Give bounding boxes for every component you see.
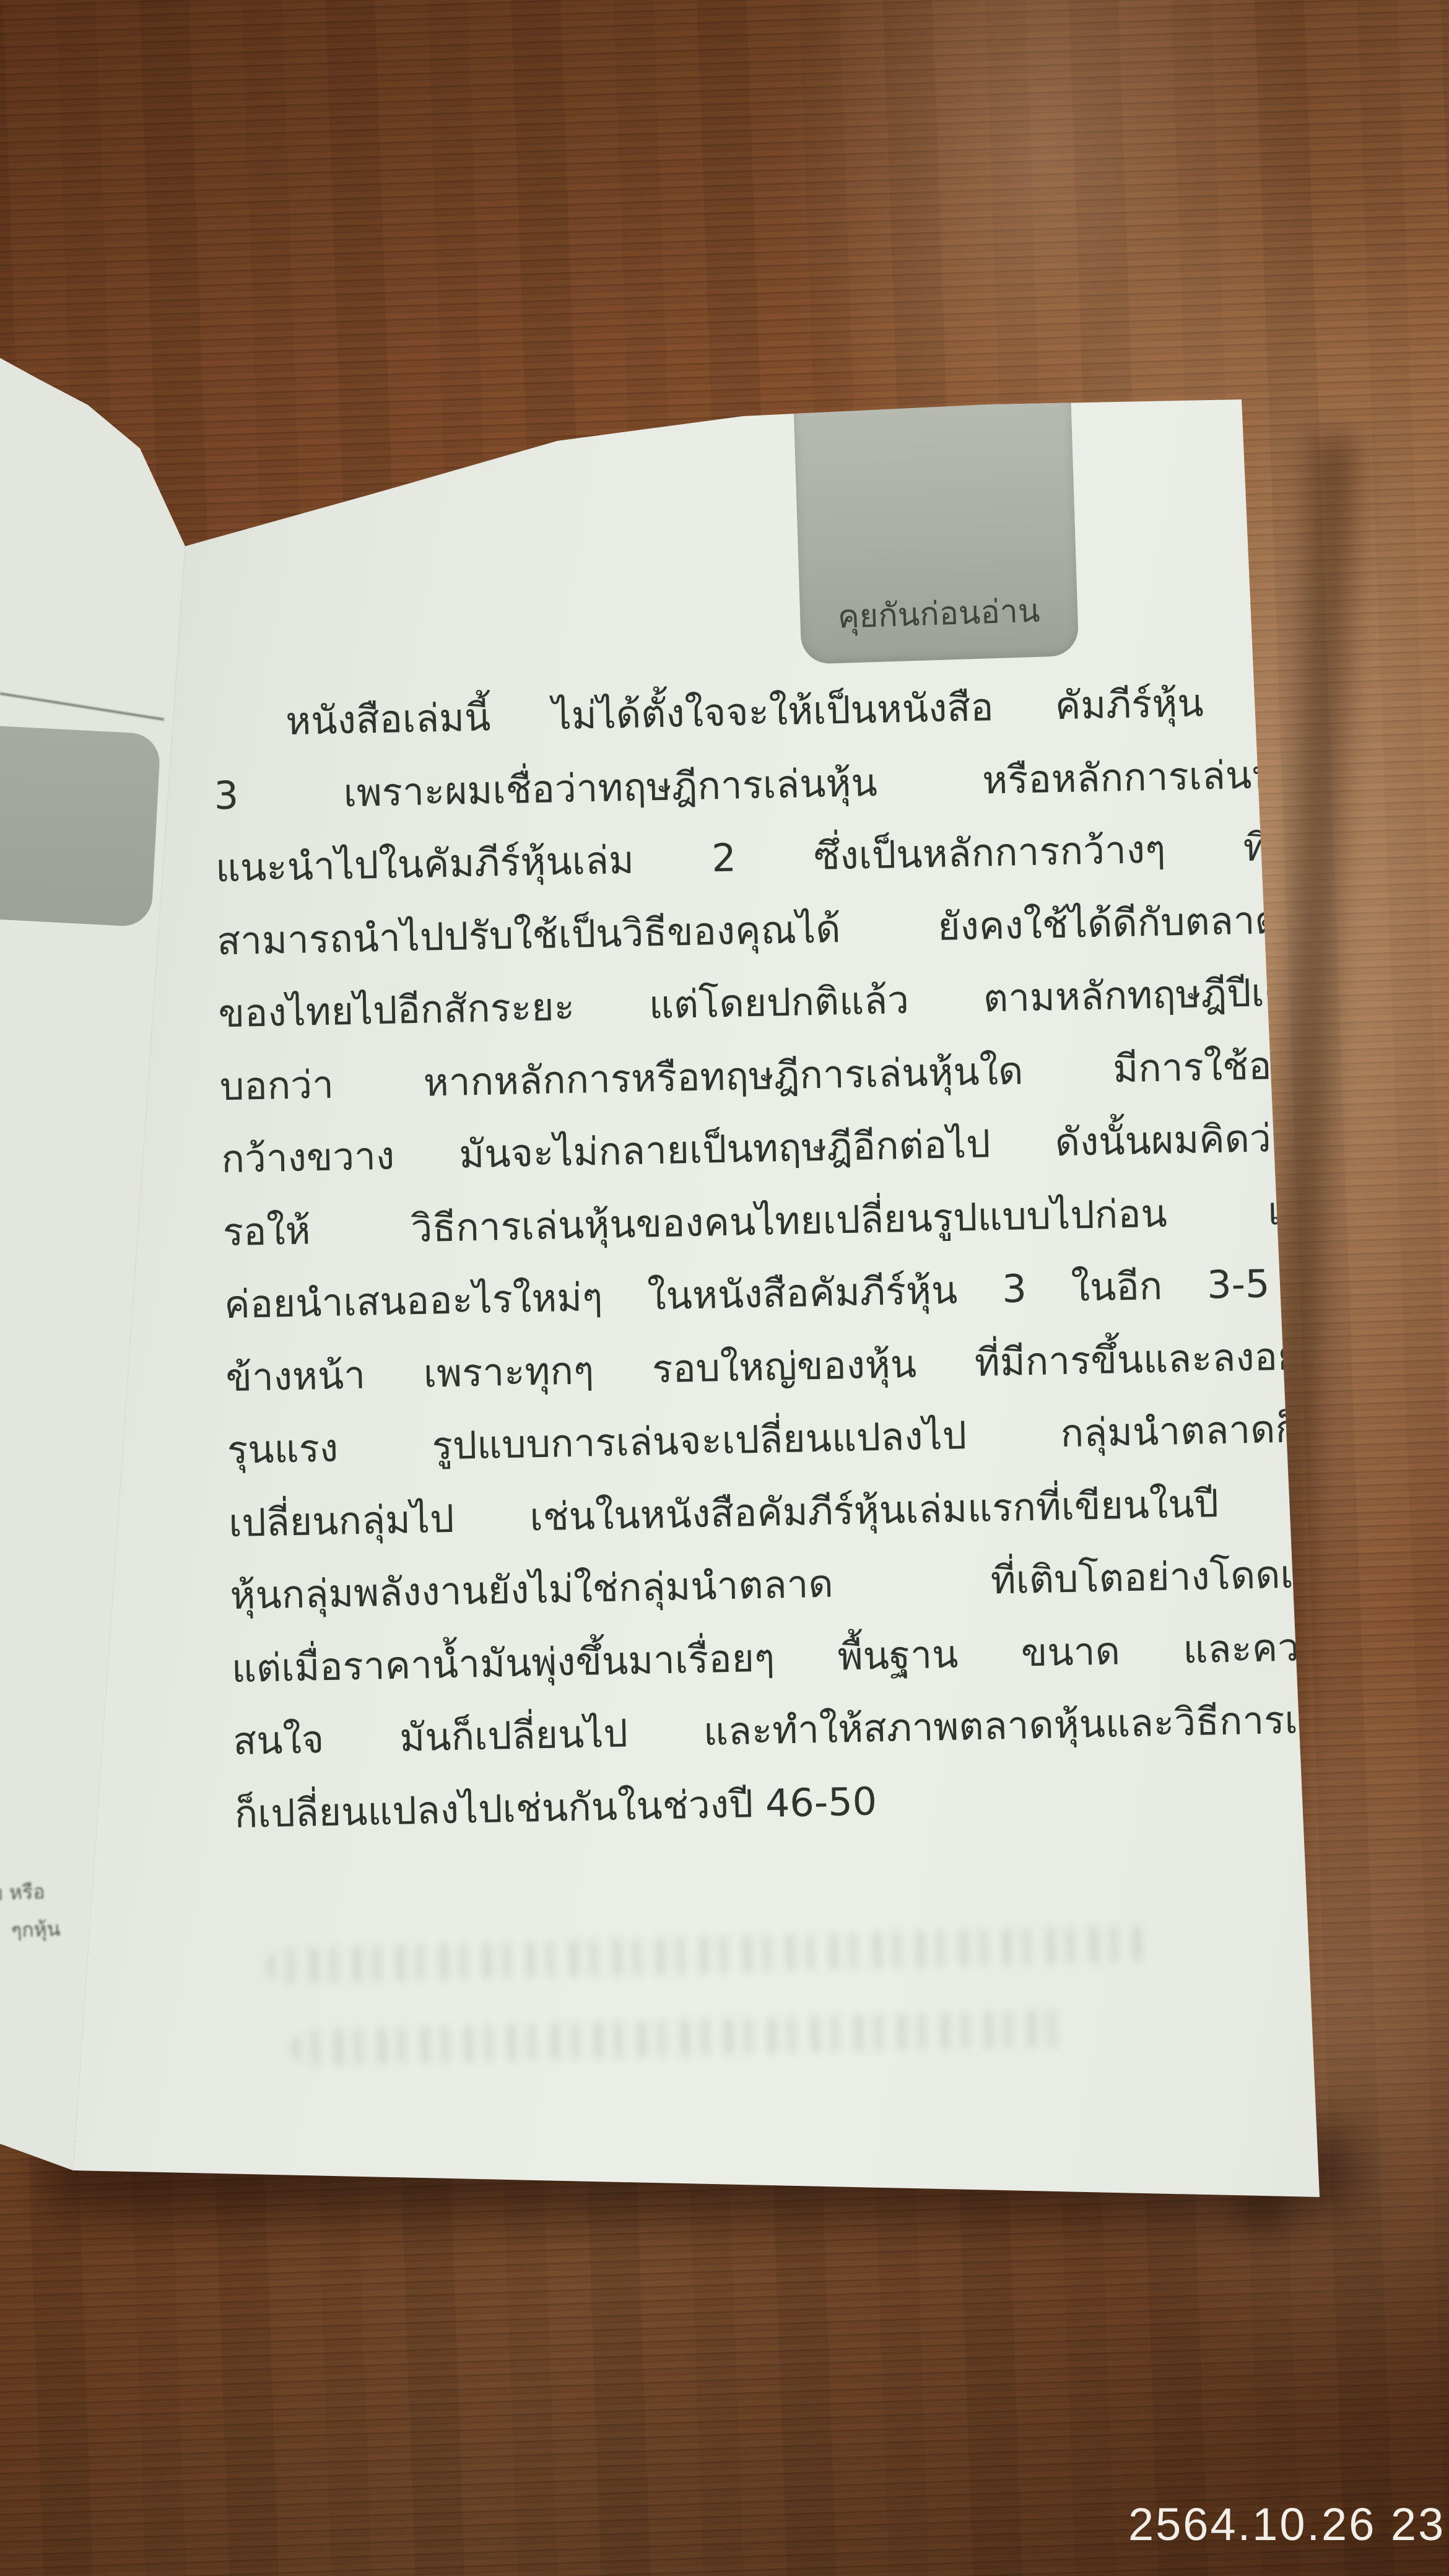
facing-page-text-fragment: ๆกหุ้น [11,1918,61,1942]
chapter-tab-label: คุยกันก่อนอ่าน [837,593,1042,663]
showthrough-text-ghost [266,1925,1152,1984]
facing-page-text-fragment: ย หรือ [0,1881,45,1905]
facing-page-gray-box [0,724,161,927]
camera-timestamp: 2564.10.26 23:55 [1128,2498,1449,2551]
facing-page-rule-line [0,692,164,721]
paragraph: หนังสือเล่มนี้ ไม่ได้ตั้งใจจะให้เป็นหนัง… [212,664,1349,1850]
chapter-tab: คุยกันก่อนอ่าน [793,389,1079,664]
showthrough-text-ghost [290,2010,1071,2066]
photo-of-book-on-table: ย หรือ ๆกหุ้น คุยกันก่อนอ่าน หนังสือเล่ม… [0,0,1449,2576]
